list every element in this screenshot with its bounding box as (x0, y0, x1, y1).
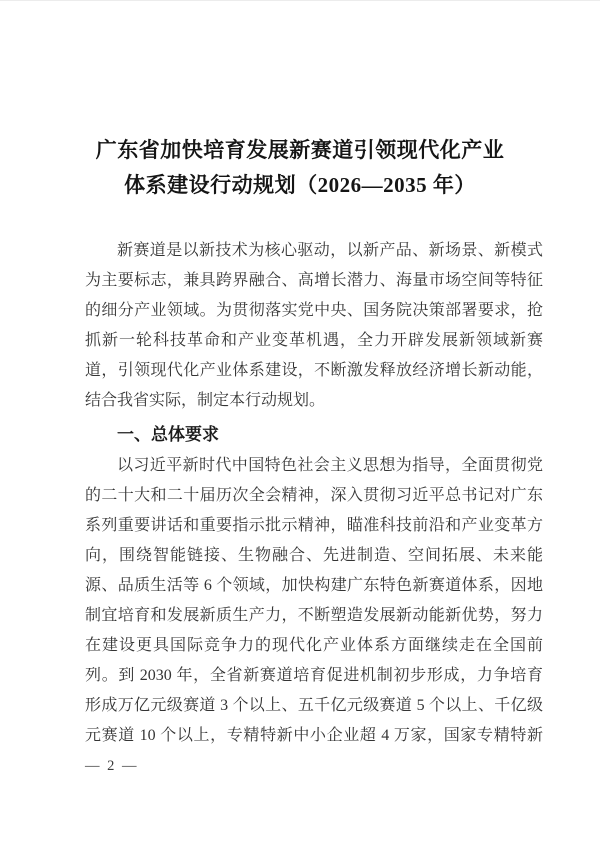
document-title: 广东省加快培育发展新赛道引领现代化产业 体系建设行动规划（2026—2035 年… (0, 133, 600, 203)
paragraph-line: 源、品质生活等 6 个领域，加快构建广东特色新赛道体系，因地 (85, 571, 543, 601)
page-number: — 2 — (85, 758, 139, 774)
overall-requirements-paragraph: 以习近平新时代中国特色社会主义思想为指导，全面贯彻党 的二十大和二十届历次全会精… (85, 451, 543, 751)
title-line-1: 广东省加快培育发展新赛道引领现代化产业 (0, 133, 600, 168)
paragraph-line: 元赛道 10 个以上，专精特新中小企业超 4 万家，国家专精特新 (85, 721, 543, 751)
paragraph-line: 以习近平新时代中国特色社会主义思想为指导，全面贯彻党 (85, 451, 543, 481)
paragraph-line: 的细分产业领域。为贯彻落实党中央、国务院决策部署要求，抢 (85, 296, 543, 326)
paragraph-line: 制宜培育和发展新质生产力，不断塑造发展新动能新优势，努力 (85, 601, 543, 631)
paragraph-line: 新赛道是以新技术为核心驱动，以新产品、新场景、新模式 (85, 236, 543, 266)
paragraph-line: 为主要标志，兼具跨界融合、高增长潜力、海量市场空间等特征 (85, 266, 543, 296)
document-page: 广东省加快培育发展新赛道引领现代化产业 体系建设行动规划（2026—2035 年… (0, 0, 600, 848)
paragraph-line: 列。到 2030 年，全省新赛道培育促进机制初步形成，力争培育 (85, 661, 543, 691)
paragraph-line: 系列重要讲话和重要指示批示精神，瞄准科技前沿和产业变革方 (85, 511, 543, 541)
paragraph-line: 道，引领现代化产业体系建设，不断激发释放经济增长新动能， (85, 356, 543, 386)
intro-paragraph: 新赛道是以新技术为核心驱动，以新产品、新场景、新模式 为主要标志，兼具跨界融合、… (85, 236, 543, 416)
paragraph-line: 结合我省实际，制定本行动规划。 (85, 386, 543, 416)
page-footer: — 2 — (85, 757, 600, 775)
section-heading-overall-requirements: 一、总体要求 (85, 420, 543, 450)
paragraph-line: 在建设更具国际竞争力的现代化产业体系方面继续走在全国前 (85, 631, 543, 661)
title-line-2: 体系建设行动规划（2026—2035 年） (0, 168, 600, 203)
paragraph-line: 抓新一轮科技革命和产业变革机遇，全力开辟发展新领域新赛 (85, 326, 543, 356)
paragraph-line: 向，围绕智能链接、生物融合、先进制造、空间拓展、未来能 (85, 541, 543, 571)
paragraph-line: 的二十大和二十届历次全会精神，深入贯彻习近平总书记对广东 (85, 481, 543, 511)
paragraph-line: 形成万亿元级赛道 3 个以上、五千亿元级赛道 5 个以上、千亿级 (85, 691, 543, 721)
